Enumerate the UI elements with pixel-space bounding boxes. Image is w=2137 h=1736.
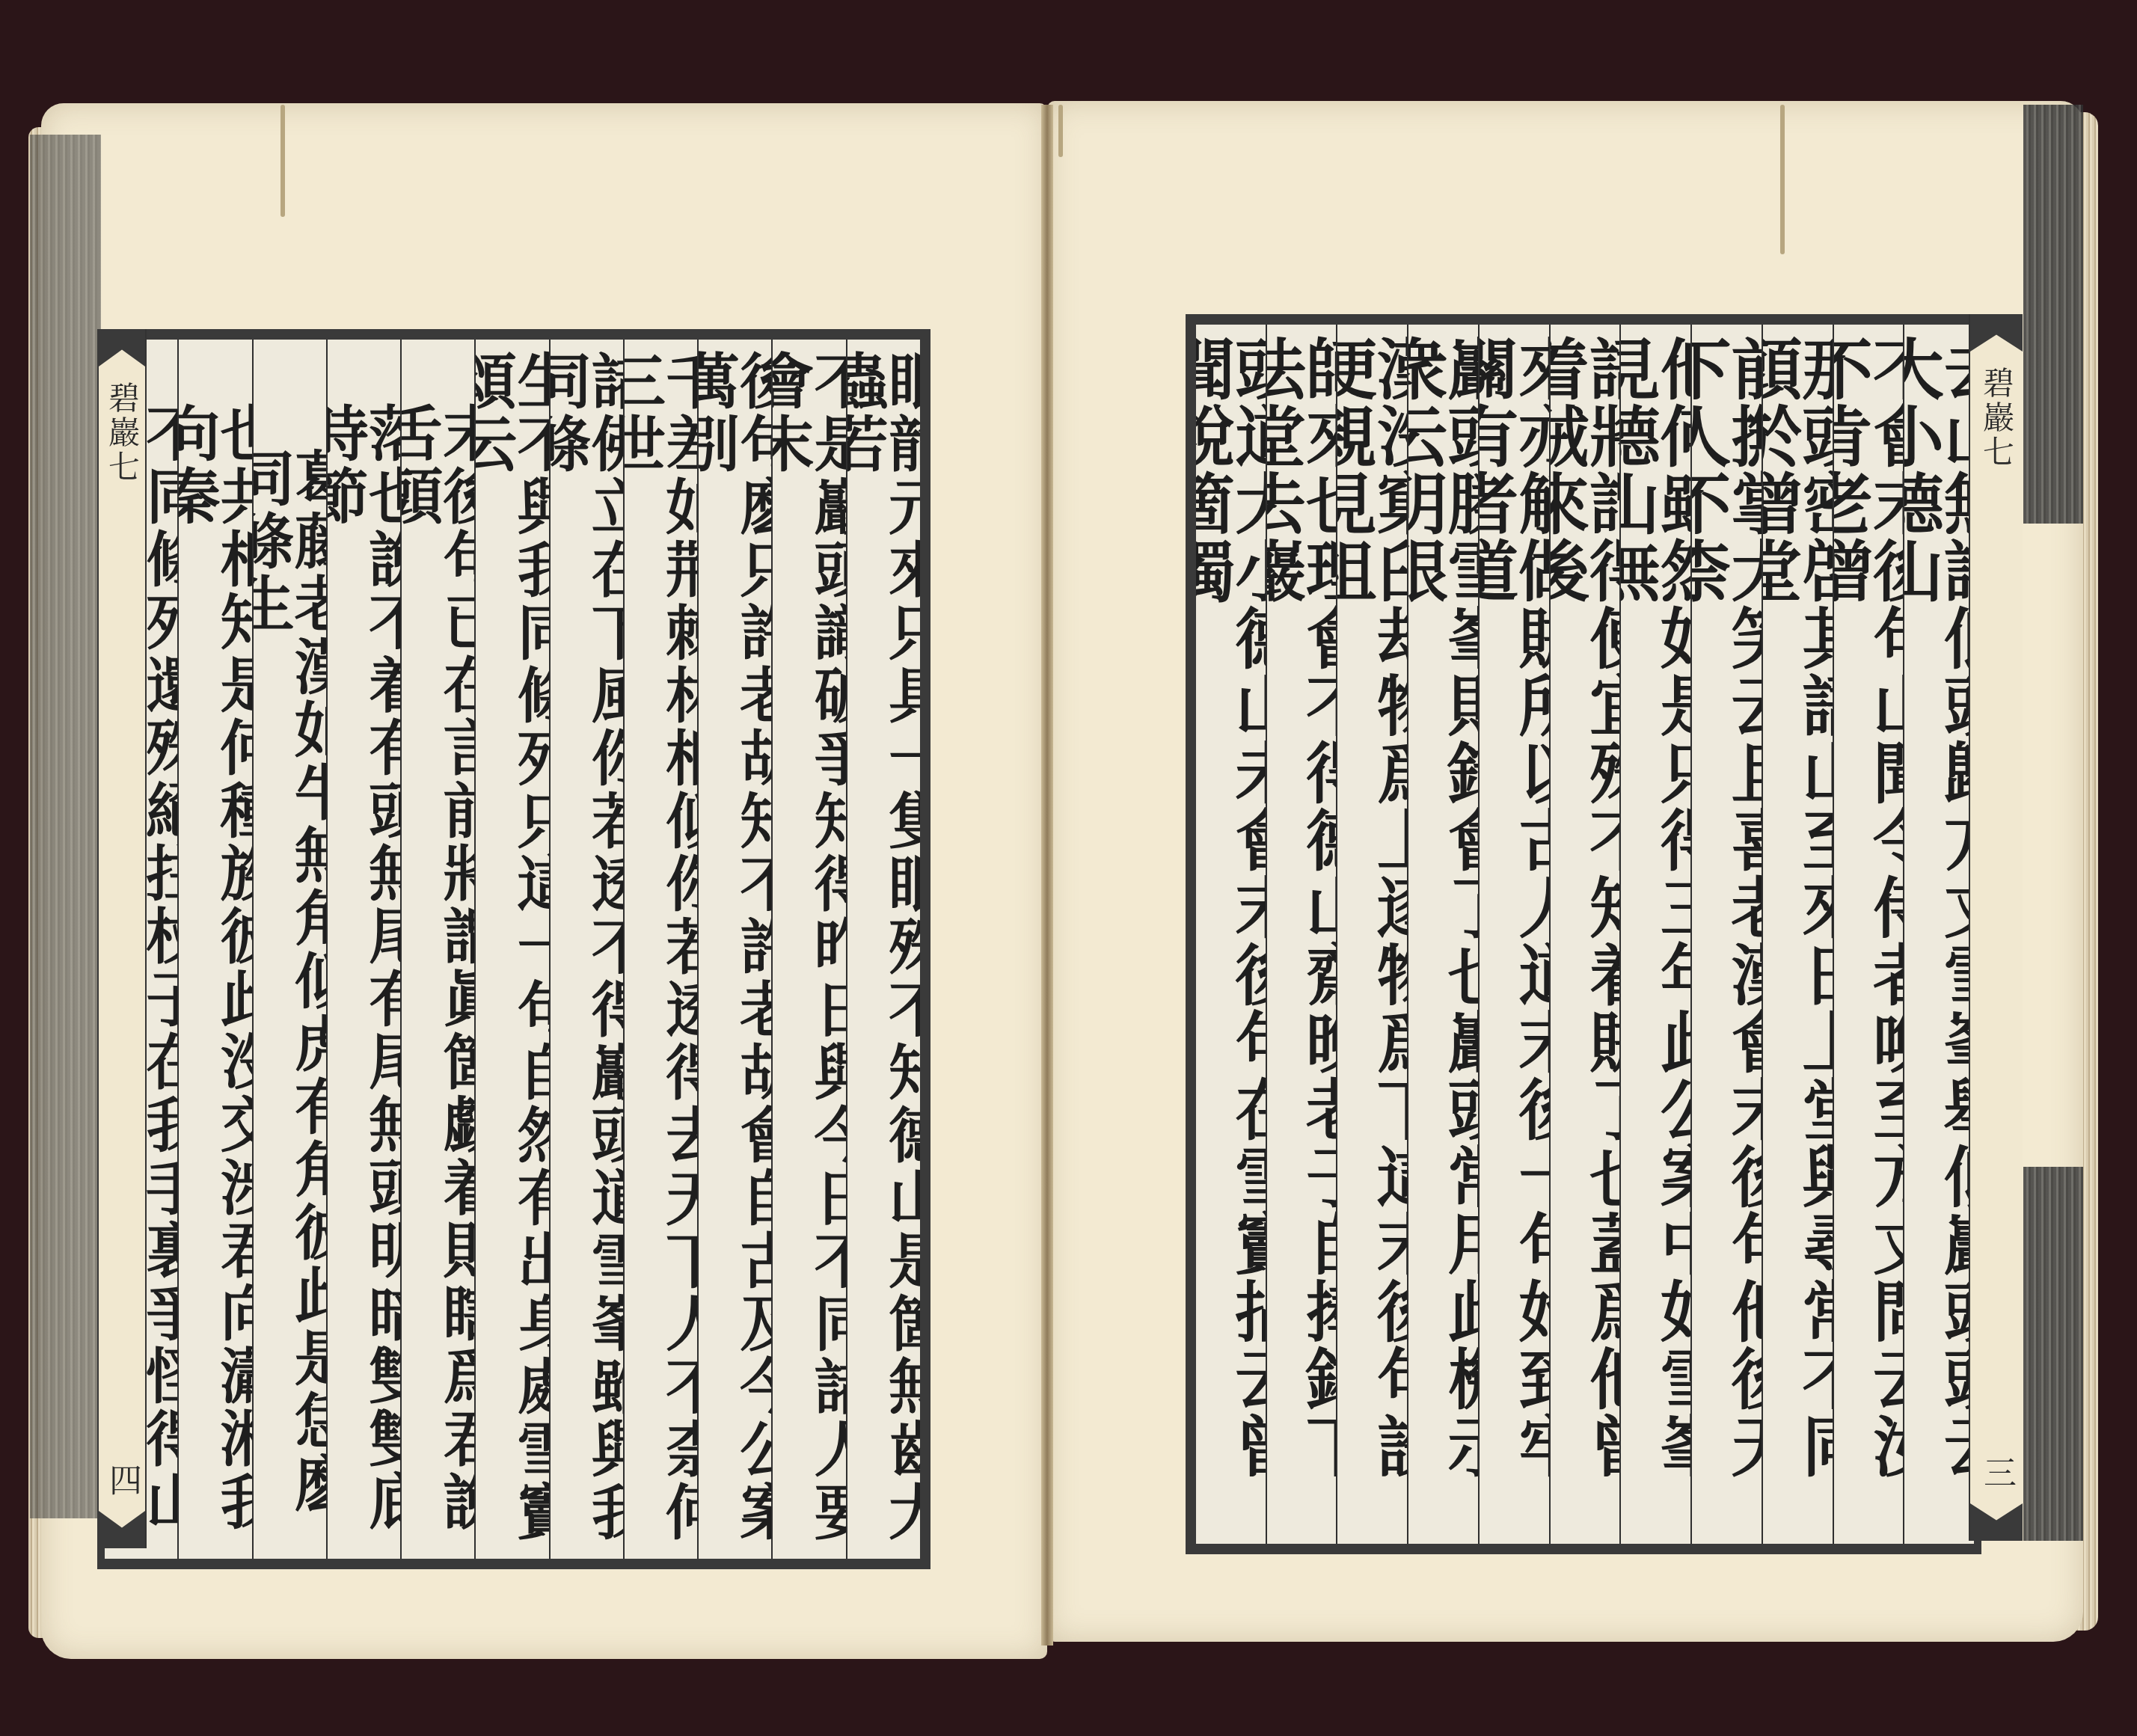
column-text: 生不與我同條死只這一句自然有出身處雪竇頌云 — [474, 350, 548, 1559]
page-number: 四 — [98, 1463, 146, 1496]
column-text: 語將謂得便宜殊不知着賊了也蓋爲他曾着賊來後 — [1549, 335, 1620, 1544]
column-text: 前撫掌大笑云且喜老漢會末後句他後天下人不柰 — [1690, 335, 1762, 1544]
volume-title: 碧巖七 — [1974, 366, 2019, 470]
fore-edge-ink-top — [2023, 105, 2083, 524]
text-column: 前撫掌大笑云且喜老漢會末後句他後天下人不柰 — [1690, 325, 1762, 1544]
right-page-columns: 去山無語低頭歸方丈雪峯舉似巖頭頭云大小德山 不會末後句山聞令侍者喚至方丈問云汝不… — [1196, 325, 1974, 1544]
column-text: 諸佛立在下風你若透不得巖頭道雪峯雖與我同條 — [549, 350, 623, 1559]
left-page-text-frame: 眼龍元來只具一隻眼殊不知德山是箇無齒大蟲若 不是巖頭識破爭知得昨日與今日不同諸人… — [97, 329, 930, 1569]
column-text: 那頭密啓其語山至來日上堂與尋常不同頭於僧堂 — [1762, 335, 1833, 1544]
text-column: 頭道大小德山未會末後句在雪竇拈云曾聞說箇獨 — [1196, 325, 1266, 1544]
page-number: 三 — [1972, 1456, 2020, 1488]
paper-crease — [1058, 105, 1063, 157]
column-text: 來亦解做賊所以古人道末後一句始到牢關有者道 — [1478, 335, 1549, 1544]
text-column: 漢沒窠臼却物爲上逐物爲下這末後句設便親見祖 — [1336, 325, 1407, 1544]
verse-column: 落也說不着有頭無尾有尾無頭明暗雙雙底時節 — [326, 340, 400, 1559]
text-column: 不會末後句山聞令侍者喚至方丈問云汝不肯老僧 — [1833, 325, 1904, 1544]
column-text: 頭道大小德山未會末後句在雪竇拈云曾聞說箇獨 — [1196, 335, 1266, 1544]
column-text: 後句麽只許老胡知不許老胡會自古及今公案萬別 — [697, 350, 771, 1559]
column-text: 師來也理會不得德山齋晚老子自捧鉢下法堂去巖 — [1266, 335, 1337, 1544]
text-column: 不是巖頭識破爭知得昨日與今日不同諸人要會末 — [771, 340, 845, 1559]
column-text: 不是巖頭識破爭知得昨日與今日不同諸人要會末 — [771, 350, 845, 1559]
text-column: 那頭密啓其語山至來日上堂與尋常不同頭於僧堂 — [1762, 325, 1833, 1544]
verse-column: 葛藤老漢如牛無角似虎有角彼此是恁麽同條生 — [252, 340, 326, 1559]
column-text: 巖頭勝雪峯則錯會了也巖頭常用此機示衆云明眼 — [1407, 335, 1478, 1544]
column-text: 落也說不着有頭無尾有尾無頭明暗雙雙底時節 — [326, 402, 400, 1559]
fishtail-ornament-top — [1970, 314, 2023, 352]
left-page-columns: 眼龍元來只具一隻眼殊不知德山是箇無齒大蟲若 不是巖頭識破爭知得昨日與今日不同諸人… — [105, 340, 920, 1559]
text-column: 來亦解做賊所以古人道末後一句始到牢關有者道 — [1478, 325, 1549, 1544]
right-page-center-margin: 碧巖七 三 — [1969, 314, 2023, 1541]
text-column: 後句麽只許老胡知不許老胡會自古及今公案萬別 — [697, 340, 771, 1559]
left-page-center-margin: 碧巖七 四 — [99, 329, 147, 1548]
verse-column: 末後句已在言前將謂眞箇覷着則瞎爲君說舌頭 — [400, 340, 474, 1559]
book-gutter — [1041, 105, 1053, 1645]
paper-crease — [280, 105, 285, 217]
column-text: 他何雖然如是只得三年此公案中如雪峯見德山無 — [1619, 335, 1690, 1544]
verse-column: 也共相知是何種族彼此沒交涉君向瀟湘我向秦 — [177, 340, 251, 1559]
text-column: 巖頭勝雪峯則錯會了也巖頭常用此機示衆云明眼 — [1407, 325, 1478, 1544]
fishtail-ornament-bottom — [99, 1511, 145, 1548]
fore-edge-ink-bottom — [2023, 1167, 2083, 1541]
column-text: 葛藤老漢如牛無角似虎有角彼此是恁麽同條生 — [252, 447, 326, 1559]
fore-edge-ink-left — [30, 135, 101, 1518]
fishtail-ornament-bottom — [1970, 1503, 2023, 1541]
text-column: 語將謂得便宜殊不知着賊了也蓋爲他曾着賊來後 — [1549, 325, 1620, 1544]
volume-title: 碧巖七 — [99, 381, 144, 485]
text-column: 生不與我同條死只這一句自然有出身處雪竇頌云 — [474, 340, 548, 1559]
fishtail-ornament-top — [99, 329, 145, 366]
column-text: 也共相知是何種族彼此沒交涉君向瀟湘我向秦 — [177, 402, 251, 1559]
text-column: 他何雖然如是只得三年此公案中如雪峯見德山無 — [1619, 325, 1690, 1544]
column-text: 漢沒窠臼却物爲上逐物爲下這末後句設便親見祖 — [1336, 335, 1407, 1544]
text-column: 眼龍元來只具一隻眼殊不知德山是箇無齒大蟲若 — [846, 340, 920, 1559]
text-column: 師來也理會不得德山齋晚老子自捧鉢下法堂去巖 — [1266, 325, 1337, 1544]
column-text: 不會末後句山聞令侍者喚至方丈問云汝不肯老僧 — [1833, 335, 1904, 1544]
text-column: 諸佛立在下風你若透不得巖頭道雪峯雖與我同條 — [549, 340, 623, 1559]
text-column: 去山無語低頭歸方丈雪峯舉似巖頭頭云大小德山 — [1903, 325, 1974, 1544]
column-text: 去山無語低頭歸方丈雪峯舉似巖頭頭云大小德山 — [1903, 335, 1974, 1544]
text-column: 千差如荆棘林相似你若透得去天下人不柰何三世 — [623, 340, 697, 1559]
column-text: 末後句已在言前將謂眞箇覷着則瞎爲君說舌頭 — [400, 402, 474, 1559]
column-text: 眼龍元來只具一隻眼殊不知德山是箇無齒大蟲若 — [846, 350, 920, 1559]
right-page-text-frame: 去山無語低頭歸方丈雪峯舉似巖頭頭云大小德山 不會末後句山聞令侍者喚至方丈問云汝不… — [1186, 314, 1981, 1554]
paper-crease — [1780, 105, 1785, 254]
column-text: 千差如荆棘林相似你若透得去天下人不柰何三世 — [623, 350, 697, 1559]
